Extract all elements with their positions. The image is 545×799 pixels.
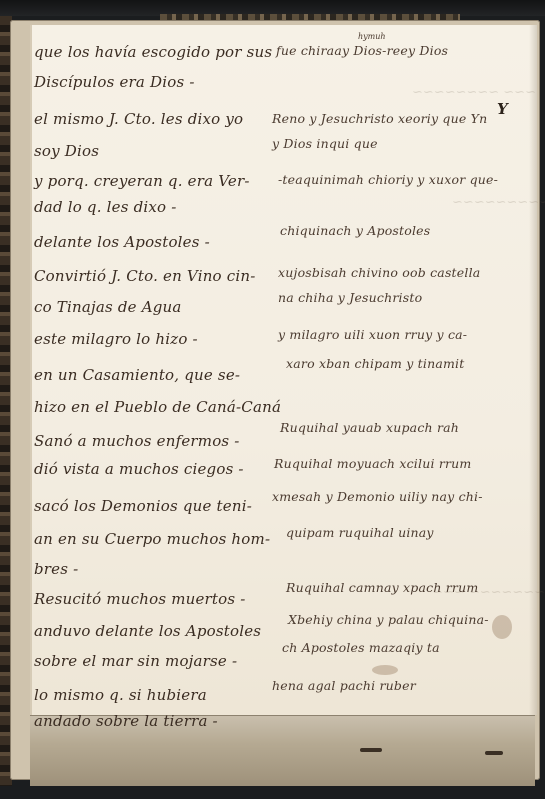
ink-stain: [492, 615, 512, 639]
spanish-text: anduvo delante los Apostoles: [34, 622, 261, 640]
gloss-text: y milagro uili xuon rruy y ca-: [278, 327, 467, 342]
gloss-text: Xbehiy china y palau chiquina-: [288, 612, 489, 627]
text-line: anduvo delante los Apostoles Xbehiy chin…: [34, 622, 261, 640]
text-line: andado sobre la tierra -: [34, 712, 218, 730]
text-line: en un Casamiento, que se- xaro xban chip…: [34, 366, 240, 384]
spanish-text: en un Casamiento, que se-: [34, 366, 240, 384]
gloss-text: xmesah y Demonio uiliy nay chi-: [272, 489, 483, 504]
text-line: y porq. creyeran q. era Ver- -teaquinima…: [34, 172, 250, 190]
interlinear-note: hymuh: [358, 32, 386, 41]
text-line: dad lo q. les dixo -: [34, 198, 177, 216]
gloss-text: y Dios inqui que: [272, 136, 378, 151]
text-line: co Tinajas de Agua na chiha y Jesuchrist…: [34, 298, 182, 316]
gloss-text: fue chiraay Dios-reey Dios: [276, 43, 448, 58]
bleed-through-text: ~~~ ~~~~~~~~: [412, 85, 536, 100]
spanish-text: sobre el mar sin mojarse -: [34, 652, 237, 670]
bleed-through-text: ~~~~~~~~~~: [452, 195, 545, 210]
spanish-text: soy Dios: [34, 142, 99, 160]
text-line: delante los Apostoles - chiquinach y Apo…: [34, 233, 210, 251]
spanish-text: co Tinajas de Agua: [34, 298, 182, 316]
edge-mark: [360, 748, 382, 752]
gloss-text: xaro xban chipam y tinamit: [286, 356, 464, 371]
spanish-text: hizo en el Pueblo de Caná-Caná: [34, 398, 281, 416]
spanish-text: andado sobre la tierra -: [34, 712, 218, 730]
spanish-text: dad lo q. les dixo -: [34, 198, 177, 216]
spanish-text: este milagro lo hizo -: [34, 330, 198, 348]
text-line: que los havía escogido por sus fue chira…: [34, 43, 272, 61]
text-line: lo mismo q. si hubiera hena agal pachi r…: [34, 686, 207, 704]
text-line: hizo en el Pueblo de Caná-Caná: [34, 398, 281, 416]
gloss-text: na chiha y Jesuchristo: [278, 290, 422, 305]
text-line: Resucitó muchos muertos - Ruquihal camna…: [34, 590, 246, 608]
gloss-text: chiquinach y Apostoles: [280, 223, 430, 238]
gloss-text: quipam ruquihal uinay: [286, 525, 434, 540]
marginal-mark: Y: [497, 100, 508, 118]
page-shadow: [529, 25, 537, 715]
ink-stain: [372, 665, 398, 675]
spanish-text: sacó los Demonios que teni-: [34, 497, 252, 515]
spanish-text: an en su Cuerpo muchos hom-: [34, 530, 270, 548]
spanish-text: que los havía escogido por sus: [34, 43, 272, 61]
gloss-text: Ruquihal yauab xupach rah: [280, 420, 459, 435]
spanish-text: Convirtió J. Cto. en Vino cin-: [34, 267, 256, 285]
gloss-text: Ruquihal moyuach xcilui rrum: [274, 456, 471, 471]
gloss-text: ch Apostoles mazaqiy ta: [282, 640, 440, 655]
spanish-text: y porq. creyeran q. era Ver-: [34, 172, 250, 190]
gloss-text: Ruquihal camnay xpach rrum: [286, 580, 478, 595]
text-line: el mismo J. Cto. les dixo yo Reno y Jesu…: [34, 110, 243, 128]
edge-mark: [485, 751, 503, 755]
spanish-text: bres -: [34, 560, 78, 578]
text-line: bres -: [34, 560, 78, 578]
text-line: sobre el mar sin mojarse - ch Apostoles …: [34, 652, 237, 670]
spanish-text: delante los Apostoles -: [34, 233, 210, 251]
text-line: Sanó a muchos enfermos - Ruquihal yauab …: [34, 432, 240, 450]
text-line: este milagro lo hizo - y milagro uili xu…: [34, 330, 198, 348]
spanish-text: dió vista a muchos ciegos -: [34, 460, 244, 478]
spanish-text: el mismo J. Cto. les dixo yo: [34, 110, 243, 128]
gloss-text: xujosbisah chivino oob castella: [278, 265, 480, 280]
spanish-text: Resucitó muchos muertos -: [34, 590, 246, 608]
spanish-text: lo mismo q. si hubiera: [34, 686, 207, 704]
text-line: sacó los Demonios que teni- xmesah y Dem…: [34, 497, 252, 515]
text-line: Convirtió J. Cto. en Vino cin- xujosbisa…: [34, 267, 256, 285]
spanish-text: Discípulos era Dios -: [34, 73, 195, 91]
gloss-text: hena agal pachi ruber: [272, 678, 416, 693]
text-line: Discípulos era Dios -: [34, 73, 195, 91]
gloss-text: -teaquinimah chioriy y xuxor que-: [278, 172, 498, 187]
text-line: an en su Cuerpo muchos hom- quipam ruqui…: [34, 530, 270, 548]
gloss-text: Reno y Jesuchristo xeoriy que Yn: [272, 111, 487, 126]
text-line: dió vista a muchos ciegos - Ruquihal moy…: [34, 460, 244, 478]
text-line: soy Dios y Dios inqui que: [34, 142, 99, 160]
spanish-text: Sanó a muchos enfermos -: [34, 432, 240, 450]
